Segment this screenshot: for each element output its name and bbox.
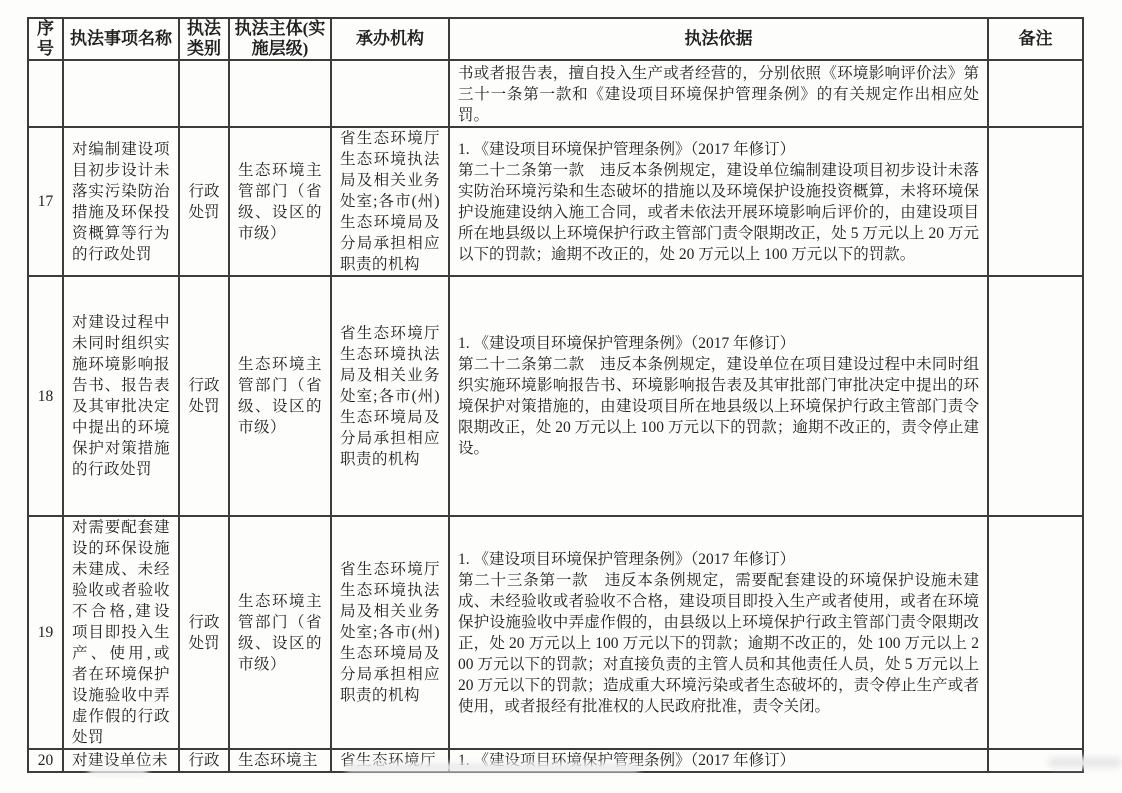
cell-no	[28, 60, 63, 127]
header-organ: 承办机构	[331, 18, 449, 60]
table-row-continuation: 书或者报告表，擅自投入生产或者经营的，分别依照《环境影响评价法》第三十一条第一款…	[28, 60, 1083, 127]
cell-no: 20	[28, 749, 63, 772]
cell-remark	[988, 127, 1083, 276]
cell-remark	[988, 276, 1083, 516]
table-row-19: 19 对需要配套建设的环保设施未建成、未经验收或者验收不合格,建设项目即投入生产…	[28, 516, 1083, 749]
table-row-18: 18 对建设过程中未同时组织实施环境影响报告书、报告表及其审批决定中提出的环境保…	[28, 276, 1083, 516]
cell-category	[179, 60, 229, 127]
cell-basis: 书或者报告表，擅自投入生产或者经营的，分别依照《环境影响评价法》第三十一条第一款…	[449, 60, 988, 127]
cell-basis: 1. 《建设项目环境保护管理条例》（2017 年修订） 第二十三条第一款 违反本…	[449, 516, 988, 749]
cell-category: 行政	[179, 749, 229, 772]
cell-category: 行政处罚	[179, 127, 229, 276]
cell-item-name: 对编制建设项目初步设计未落实污染防治措施及环保投资概算等行为的行政处罚	[63, 127, 179, 276]
table-header-row: 序号 执法事项名称 执法类别 执法主体(实施层级) 承办机构 执法依据 备注	[28, 18, 1083, 60]
cell-subject	[229, 60, 331, 127]
cell-no: 17	[28, 127, 63, 276]
cell-basis: 1. 《建设项目环境保护管理条例》（2017 年修订） 第二十二条第二款 违反本…	[449, 276, 988, 516]
header-subject: 执法主体(实施层级)	[229, 18, 331, 60]
cell-organ: 省生态环境厅生态环境执法局及相关业务处室;各市(州)生态环境局及分局承担相应职责…	[331, 127, 449, 276]
cell-remark	[988, 516, 1083, 749]
cell-category: 行政处罚	[179, 516, 229, 749]
cell-category: 行政处罚	[179, 276, 229, 516]
cell-item-name: 对需要配套建设的环保设施未建成、未经验收或者验收不合格,建设项目即投入生产、使用…	[63, 516, 179, 749]
cell-subject: 生态环境主管部门（省级、设区的市级）	[229, 516, 331, 749]
header-no: 序号	[28, 18, 63, 60]
scan-smudge	[88, 768, 148, 775]
cell-basis: 1. 《建设项目环境保护管理条例》（2017 年修订） 第二十二条第一款 违反本…	[449, 127, 988, 276]
cell-subject: 生态环境主管部门（省级、设区的市级）	[229, 276, 331, 516]
enforcement-items-table: 序号 执法事项名称 执法类别 执法主体(实施层级) 承办机构 执法依据 备注 书…	[27, 17, 1084, 773]
cell-item-name: 对建设过程中未同时组织实施环境影响报告书、报告表及其审批决定中提出的环境保护对策…	[63, 276, 179, 516]
cell-no: 18	[28, 276, 63, 516]
scan-smudge	[345, 763, 640, 772]
header-remark: 备注	[988, 18, 1083, 60]
scan-smudge	[1048, 757, 1122, 768]
table-row-17: 17 对编制建设项目初步设计未落实污染防治措施及环保投资概算等行为的行政处罚 行…	[28, 127, 1083, 276]
header-item-name: 执法事项名称	[63, 18, 179, 60]
cell-item-name	[63, 60, 179, 127]
scanned-document-page: 序号 执法事项名称 执法类别 执法主体(实施层级) 承办机构 执法依据 备注 书…	[0, 0, 1122, 793]
cell-organ: 省生态环境厅生态环境执法局及相关业务处室;各市(州)生态环境局及分局承担相应职责…	[331, 516, 449, 749]
cell-subject: 生态环境主管部门（省级、设区的市级）	[229, 127, 331, 276]
cell-subject: 生态环境主	[229, 749, 331, 772]
cell-no: 19	[28, 516, 63, 749]
cell-organ	[331, 60, 449, 127]
cell-organ: 省生态环境厅生态环境执法局及相关业务处室;各市(州)生态环境局及分局承担相应职责…	[331, 276, 449, 516]
cell-remark	[988, 60, 1083, 127]
header-category: 执法类别	[179, 18, 229, 60]
header-basis: 执法依据	[449, 18, 988, 60]
